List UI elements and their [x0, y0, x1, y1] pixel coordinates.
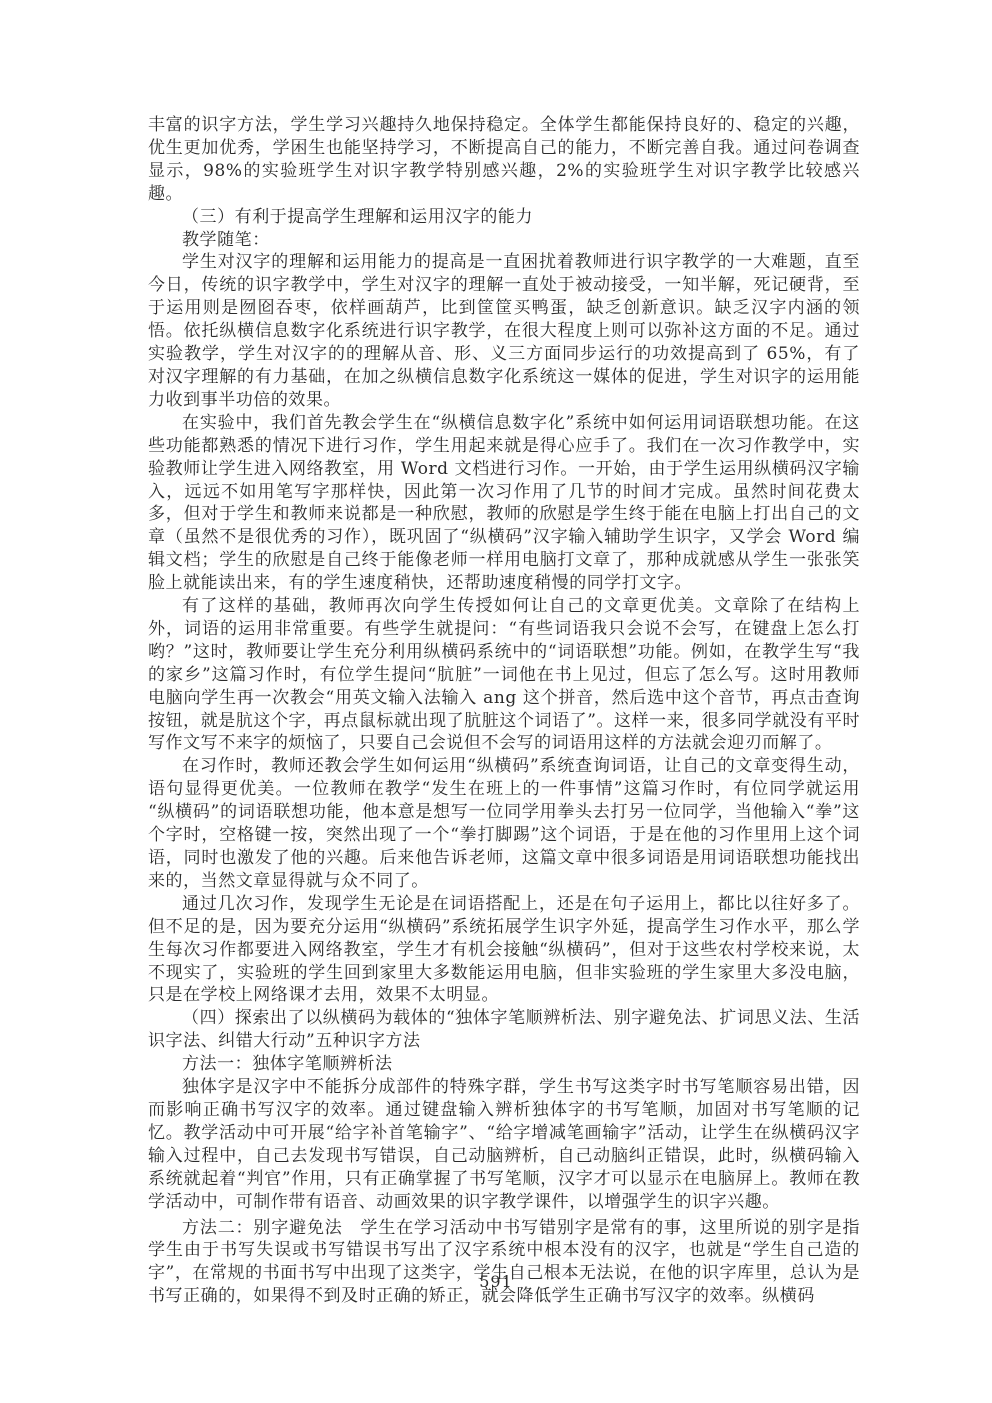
page-body: 丰富的识字方法，学生学习兴趣持久地保持稳定。全体学生都能保持良好的、稳定的兴趣，… [148, 114, 860, 1308]
paragraph: 方法一：独体字笔顺辨析法 [148, 1053, 860, 1076]
paragraph: 在实验中，我们首先教会学生在“纵横信息数字化”系统中如何运用词语联想功能。在这些… [148, 412, 860, 595]
paragraph: 教学随笔： [148, 229, 860, 252]
paragraph: （四）探索出了以纵横码为载体的“独体字笔顺辨析法、别字避免法、扩词思义法、生活识… [148, 1007, 860, 1053]
paragraph: （三）有利于提高学生理解和运用汉字的能力 [148, 206, 860, 229]
paragraph: 在习作时，教师还教会学生如何运用“纵横码”系统查询词语，让自己的文章变得生动，语… [148, 755, 860, 892]
paragraph: 独体字是汉字中不能拆分成部件的特殊字群，学生书写这类字时书写笔顺容易出错，因而影… [148, 1076, 860, 1213]
paragraph: 学生对汉字的理解和运用能力的提高是一直困扰着教师进行识字教学的一大难题，直至今日… [148, 251, 860, 411]
paragraph: 通过几次习作，发现学生无论是在词语搭配上，还是在句子运用上，都比以往好多了。但不… [148, 893, 860, 1008]
paragraph: 有了这样的基础，教师再次向学生传授如何让自己的文章更优美。文章除了在结构上外，词… [148, 595, 860, 755]
document-page: 丰富的识字方法，学生学习兴趣持久地保持稳定。全体学生都能保持良好的、稳定的兴趣，… [0, 0, 992, 1403]
paragraph: 方法二：别字避免法 学生在学习活动中书写错别字是常有的事，这里所说的别字是指学生… [148, 1217, 860, 1309]
paragraph: 丰富的识字方法，学生学习兴趣持久地保持稳定。全体学生都能保持良好的、稳定的兴趣，… [148, 114, 860, 206]
page-number: 591 [0, 1272, 992, 1291]
